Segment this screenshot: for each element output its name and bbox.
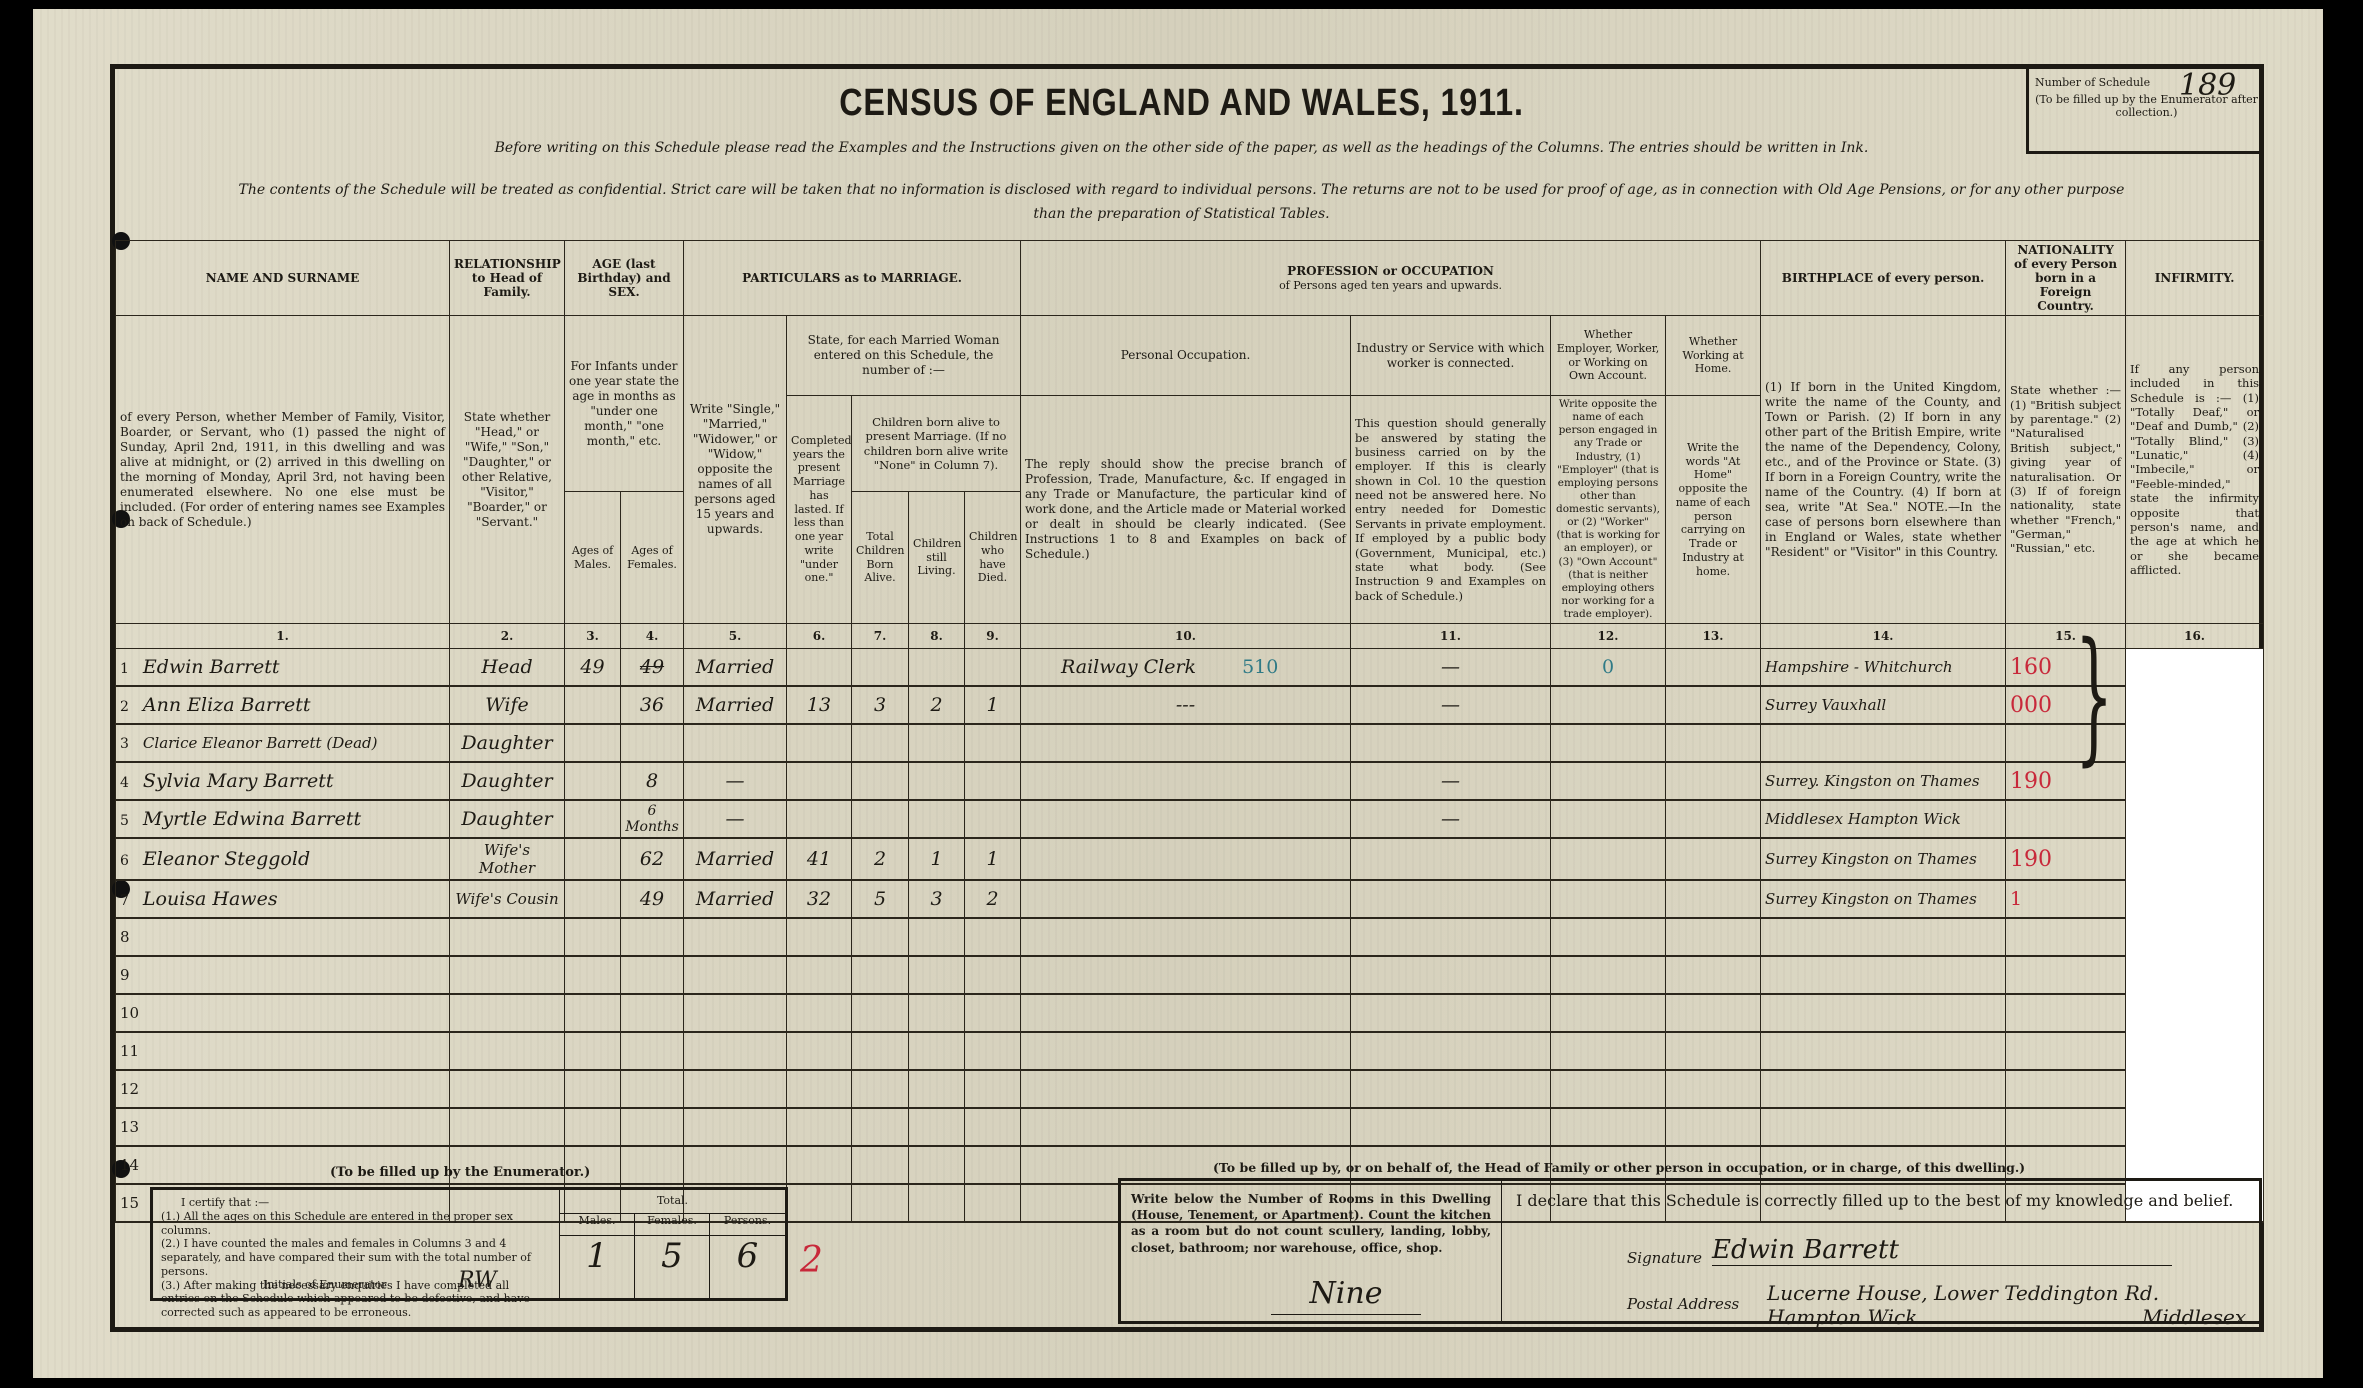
bracket-mark: }: [2075, 625, 2113, 769]
person-name: 1Edwin Barrett: [116, 649, 450, 687]
header-relationship: RELATIONSHIP to Head of Family.: [450, 241, 565, 316]
employer-status: 0: [1551, 649, 1666, 687]
table-row: 10: [116, 994, 2264, 1032]
header-married-woman: State, for each Married Woman entered on…: [787, 316, 1021, 396]
schedule-number-box: Number of Schedule 189 (To be filled up …: [2026, 64, 2264, 154]
header-children-born: Children born alive to present Marriage.…: [852, 396, 1021, 492]
table-row: 1Edwin Barrett Head 49 49 Married Railwa…: [116, 649, 2264, 687]
table-row: 9: [116, 956, 2264, 994]
census-table: NAME AND SURNAME RELATIONSHIP to Head of…: [115, 240, 2264, 1223]
header-at-home: Whether Working at Home.: [1666, 316, 1761, 396]
header-industry: Industry or Service with which worker is…: [1351, 316, 1551, 396]
marital-status: Married: [684, 649, 787, 687]
instruction-birthplace: (1) If born in the United Kingdom, write…: [1761, 316, 2006, 624]
total-females: 5: [635, 1236, 710, 1298]
red-annotation: 2: [800, 1240, 823, 1281]
table-row: 7Louisa Hawes Wife's Cousin49 Married325…: [116, 880, 2264, 918]
instruction-nationality: State whether :— (1) "British subject by…: [2006, 316, 2126, 624]
table-row: 11: [116, 1032, 2264, 1070]
confidential-notice: The contents of the Schedule will be tre…: [0, 182, 2363, 198]
instruction-years-married: Completed years the present Marriage has…: [787, 396, 852, 624]
instruction-occupation: The reply should show the precise branch…: [1021, 396, 1351, 624]
infirmity-column-blank: [2126, 649, 2264, 1223]
initials-label: Initials of Enumerator: [263, 1278, 387, 1292]
birthplace: Hampshire - Whitchurch: [1761, 649, 2006, 687]
signature-label: Signature: [1627, 1249, 1702, 1267]
rooms-count: Nine: [1271, 1274, 1421, 1316]
header-personal-occupation: Personal Occupation.: [1021, 316, 1351, 396]
header-ages-males: Ages of Males.: [565, 492, 621, 624]
signature: Edwin Barrett: [1712, 1235, 2172, 1266]
instruction-marital: Write "Single," "Married," "Widower," or…: [684, 316, 787, 624]
table-row: 2Ann Eliza Barrett Wife36 Married13321 -…: [116, 686, 2264, 724]
declaration-text: I declare that this Schedule is correctl…: [1516, 1191, 2245, 1210]
industry: —: [1351, 649, 1551, 687]
table-row: 3Clarice Eleanor Barrett (Dead) Daughter: [116, 724, 2264, 762]
postal-address-county: Middlesex: [2142, 1305, 2246, 1329]
table-row: 6Eleanor Steggold Wife's Mother62 Marrie…: [116, 838, 2264, 880]
schedule-number: 189: [2179, 68, 2236, 103]
header-ages-females: Ages of Females.: [621, 492, 684, 624]
instruction-industry: This question should generally be answer…: [1351, 396, 1551, 624]
total-males: 1: [560, 1236, 635, 1298]
header-employer: Whether Employer, Worker, or Working on …: [1551, 316, 1666, 396]
table-row: 4Sylvia Mary Barrett Daughter8 — — Surre…: [116, 762, 2264, 800]
age-male: 49: [565, 649, 621, 687]
ink-instruction: Before writing on this Schedule please r…: [0, 140, 2363, 156]
confidential-notice-2: than the preparation of Statistical Tabl…: [0, 206, 2363, 222]
table-row: 13: [116, 1108, 2264, 1146]
address-label: Postal Address: [1627, 1295, 1739, 1313]
header-children-died: Children who have Died.: [965, 492, 1021, 624]
enumerator-caption: (To be filled up by the Enumerator.): [330, 1165, 590, 1180]
enumerator-certificate: I certify that :— (1.) All the ages on t…: [150, 1187, 788, 1301]
instruction-age: For Infants under one year state the age…: [565, 316, 684, 492]
header-age: AGE (last Birthday) and SEX.: [565, 241, 684, 316]
table-row: 5Myrtle Edwina Barrett Daughter6 Months …: [116, 800, 2264, 838]
header-nationality: NATIONALITY of every Person born in a Fo…: [2006, 241, 2126, 316]
total-persons: 6: [710, 1236, 785, 1298]
enumerator-initials: RW: [458, 1267, 497, 1295]
header-name: NAME AND SURNAME: [116, 241, 450, 316]
table-row: 12: [116, 1070, 2264, 1108]
instruction-at-home: Write the words "At Home" opposite the n…: [1666, 396, 1761, 624]
rooms-instruction: Write below the Number of Rooms in this …: [1121, 1181, 1502, 1321]
head-caption: (To be filled up by, or on behalf of, th…: [1213, 1160, 2025, 1175]
instruction-relationship: State whether "Head," or "Wife," "Son," …: [450, 316, 565, 624]
header-birthplace: BIRTHPLACE of every person.: [1761, 241, 2006, 316]
header-total-children: Total Children Born Alive.: [852, 492, 909, 624]
age-female: 49: [621, 649, 684, 687]
relationship: Head: [450, 649, 565, 687]
column-numbers-row: 1.2.3.4. 5.6.7.8. 9.10.11.12. 13.14.15.1…: [116, 624, 2264, 649]
occupation: Railway Clerk 510: [1021, 649, 1351, 687]
instruction-name: of every Person, whether Member of Famil…: [116, 316, 450, 624]
header-profession: PROFESSION or OCCUPATIONof Persons aged …: [1021, 241, 1761, 316]
instruction-infirmity: If any person included in this Schedule …: [2126, 316, 2264, 624]
page-title: CENSUS OF ENGLAND AND WALES, 1911.: [177, 82, 2186, 125]
instruction-employer: Write opposite the name of each person e…: [1551, 396, 1666, 624]
header-infirmity: INFIRMITY.: [2126, 241, 2264, 316]
header-children-living: Children still Living.: [909, 492, 965, 624]
totals-box: Total. Males. Females. Persons. 1 5 6: [560, 1190, 785, 1298]
table-row: 8: [116, 918, 2264, 956]
header-marriage: PARTICULARS as to MARRIAGE.: [684, 241, 1021, 316]
head-declaration-box: Write below the Number of Rooms in this …: [1118, 1178, 2262, 1324]
